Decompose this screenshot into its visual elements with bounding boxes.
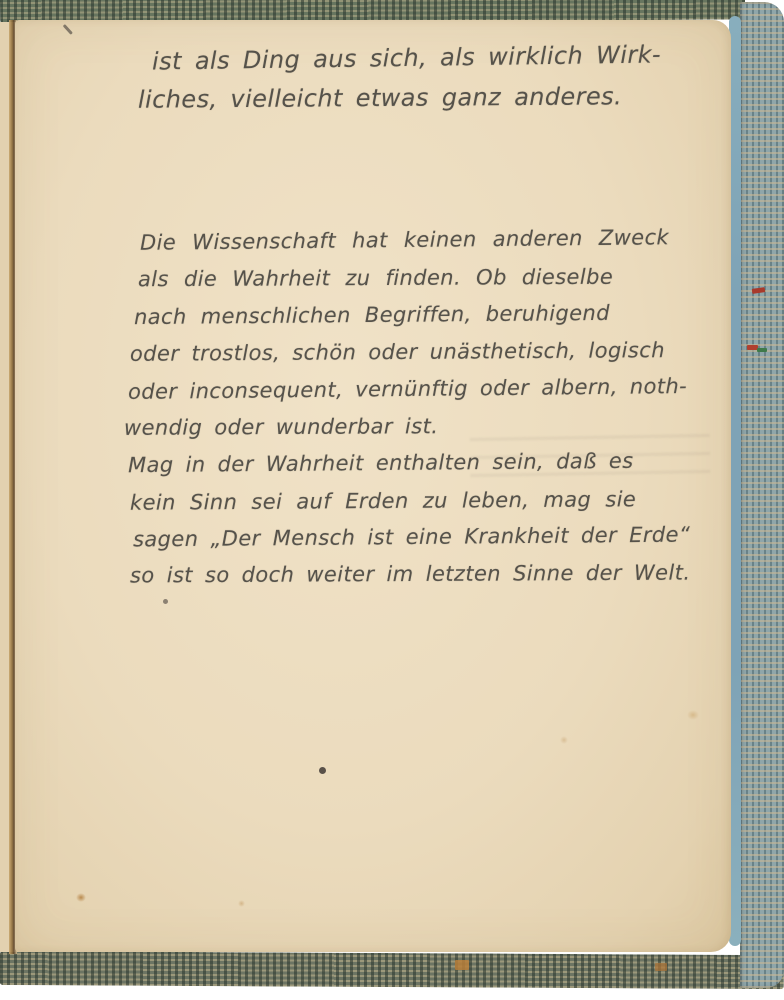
green-thread-speck [757,348,767,352]
notebook-page [15,20,731,952]
ink-dot [163,599,168,604]
foxing-spot [687,710,699,720]
book-cover-fabric-right [740,2,784,988]
orange-thread-speck [655,963,667,971]
notebook-photo: ist als Ding aus sich, als wirklich Wirk… [0,0,784,1000]
foxing-spot [560,736,568,744]
foxing-spot [76,893,86,902]
handwritten-line: wendig oder wunderbar ist. [124,414,438,440]
handwritten-line: nach menschlichen Begriffen, beruhigend [134,301,610,329]
handwritten-line: sagen „Der Mensch ist eine Krankheit der… [133,523,690,552]
handwritten-line: als die Wahrheit zu finden. Ob dieselbe [138,265,613,291]
foxing-spot [238,900,245,907]
handwritten-line: so ist so doch weiter im letzten Sinne d… [130,561,691,588]
orange-thread-speck [455,960,469,970]
handwritten-line: oder trostlos, schön oder unästhetisch, … [130,338,665,366]
handwritten-line: kein Sinn sei auf Erden zu leben, mag si… [130,487,636,515]
ink-dot [319,767,326,774]
handwritten-line: Mag in der Wahrheit enthalten sein, daß … [128,449,634,477]
handwritten-line: liches, vielleicht etwas ganz anderes. [138,82,622,113]
